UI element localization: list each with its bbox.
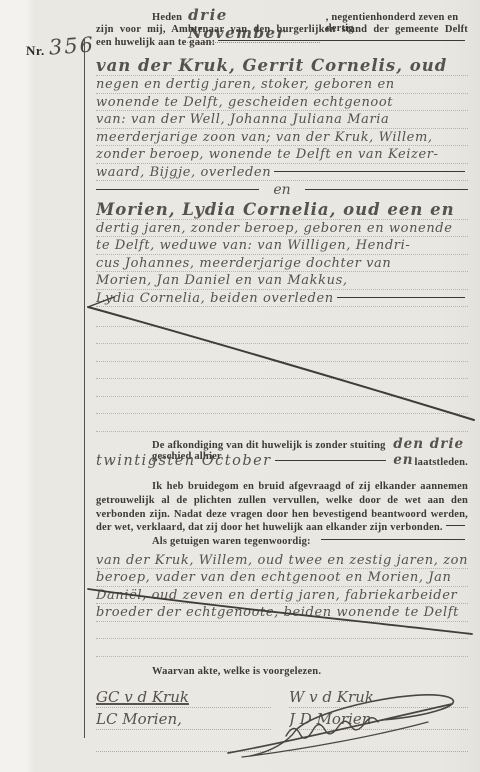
blank-ruled-line	[96, 397, 468, 415]
proclamation-rule-fill	[275, 460, 386, 461]
groom-rule-fill	[274, 171, 465, 172]
declaration-line-last-text: der wet, verklaard, dat zij door het huw…	[96, 522, 443, 533]
witness-line: Daniël, oud zeven en dertig jaren, fabri…	[96, 587, 468, 605]
declaration-paragraph: Ik heb bruidegom en bruid afgevraagd of …	[96, 480, 468, 550]
groom-line-last: waard, Bijgje, overleden	[96, 164, 468, 182]
witnesses-intro-rule	[321, 539, 465, 540]
signature-blank-cell	[289, 752, 468, 772]
declaration-line: verbonden zijn. Nadat deze vragen door h…	[96, 508, 468, 522]
bride-entry: Morien, Lydia Cornelia, oud een en derti…	[96, 199, 468, 308]
witnesses-intro-line: Als getuigen waren tegenwoordig:	[96, 536, 468, 550]
signature-blank-cell	[289, 730, 468, 752]
groom-line: van: van der Well, Johanna Juliana Maria	[96, 111, 468, 129]
groom-line-last-text: waard, Bijgje, overleden	[96, 164, 271, 182]
intro-line-1: Heden drie November , negentienhonderd z…	[96, 6, 468, 23]
witnesses-intro-text: Als getuigen waren tegenwoordig:	[96, 536, 311, 547]
left-margin: Nr. 356	[0, 0, 84, 772]
declaration-rule-fill	[446, 525, 465, 526]
signature-witness-2-text: J D Morien	[289, 710, 371, 728]
witness-line: beroep, vader van den echtgenoot en Mori…	[96, 569, 468, 587]
bride-line: Morien, Jan Daniel en van Makkus,	[96, 272, 468, 290]
bride-line-last-text: Lydia Cornelia, beiden overleden	[96, 290, 334, 308]
act-number-value: 356	[48, 32, 96, 59]
connector-rule-right	[305, 189, 468, 190]
groom-entry: van der Kruk, Gerrit Cornelis, oud negen…	[96, 55, 468, 181]
signature-groom: GC v d Kruk	[96, 686, 271, 708]
closing-statement: Waarvan akte, welke is voorgelezen.	[96, 665, 468, 679]
intro-rule-fill	[218, 40, 465, 41]
blank-ruled-line	[96, 362, 468, 380]
act-body: Heden drie November , negentienhonderd z…	[96, 6, 468, 772]
signature-blank-cell	[96, 730, 271, 752]
groom-line: van der Kruk, Gerrit Cornelis, oud	[96, 55, 468, 76]
intro-line-2: zijn voor mij, Ambtenaar van den burgerl…	[96, 23, 468, 37]
witness-line: broeder der echtgenoote, beiden wonende …	[96, 604, 468, 622]
blank-ruled-line	[96, 622, 468, 640]
groom-line: meerderjarige zoon van; van der Kruk, Wi…	[96, 129, 468, 147]
proclamation-suffix: laatstleden.	[415, 457, 468, 468]
connector-rule-left	[96, 189, 259, 190]
voided-blank-area-2	[96, 622, 468, 657]
bride-line: Morien, Lydia Cornelia, oud een en	[96, 199, 468, 220]
signature-witness-1: W v d Kruk	[289, 686, 468, 708]
bride-line-last: Lydia Cornelia, beiden overleden	[96, 290, 468, 308]
witnesses-entry: van der Kruk, Willem, oud twee en zestig…	[96, 552, 468, 622]
groom-line: wonende te Delft, gescheiden echtgenoot	[96, 94, 468, 112]
bride-line: dertig jaren, zonder beroep, geboren en …	[96, 220, 468, 238]
proclamation-date-part2: twintigsten October	[96, 453, 272, 469]
signature-bride: LC Morien,	[96, 708, 271, 730]
declaration-line: getrouwelijk al de plichten zullen vervu…	[96, 494, 468, 508]
signature-groom-text: GC v d Kruk	[96, 688, 189, 706]
declaration-line: Ik heb bruidegom en bruid afgevraagd of …	[96, 480, 468, 494]
blank-ruled-line	[96, 344, 468, 362]
signature-blank-cell	[96, 752, 271, 772]
blank-ruled-line	[96, 379, 468, 397]
bride-line: cus Johannes, meerderjarige dochter van	[96, 255, 468, 273]
intro-line-3-text: een huwelijk aan te gaan:	[96, 37, 215, 48]
intro-heden: Heden	[96, 12, 182, 23]
signature-bride-text: LC Morien,	[96, 710, 182, 728]
bride-line: te Delft, weduwe van: van Willigen, Hend…	[96, 237, 468, 255]
signature-witness-1-text: W v d Kruk	[289, 688, 374, 706]
groom-line: zonder beroep, wonende te Delft en van K…	[96, 146, 468, 164]
blank-ruled-line	[96, 309, 468, 327]
blank-ruled-line	[96, 414, 468, 432]
witness-line: van der Kruk, Willem, oud twee en zestig…	[96, 552, 468, 570]
act-number-label: Nr.	[26, 43, 45, 58]
voided-blank-area	[96, 309, 468, 432]
proclamation: De afkondiging van dit huwelijk is zonde…	[96, 436, 468, 474]
connector-word: en	[259, 182, 304, 198]
signature-block: GC v d Kruk W v d Kruk LC Morien, J D Mo…	[96, 686, 468, 772]
marriage-certificate-scan: Nr. 356 Heden drie November , negentienh…	[0, 0, 480, 772]
groom-line: negen en dertig jaren, stoker, geboren e…	[96, 76, 468, 94]
blank-ruled-line	[96, 639, 468, 657]
bride-rule-fill	[337, 297, 465, 298]
blank-ruled-line	[96, 327, 468, 345]
declaration-line-last: der wet, verklaard, dat zij door het huw…	[96, 522, 468, 536]
signature-witness-2: J D Morien	[289, 708, 468, 730]
connector-row: en	[96, 181, 468, 199]
proclamation-line-1: De afkondiging van dit huwelijk is zonde…	[96, 436, 468, 453]
margin-rule	[84, 38, 85, 738]
intro-line-3: een huwelijk aan te gaan:	[96, 37, 468, 52]
